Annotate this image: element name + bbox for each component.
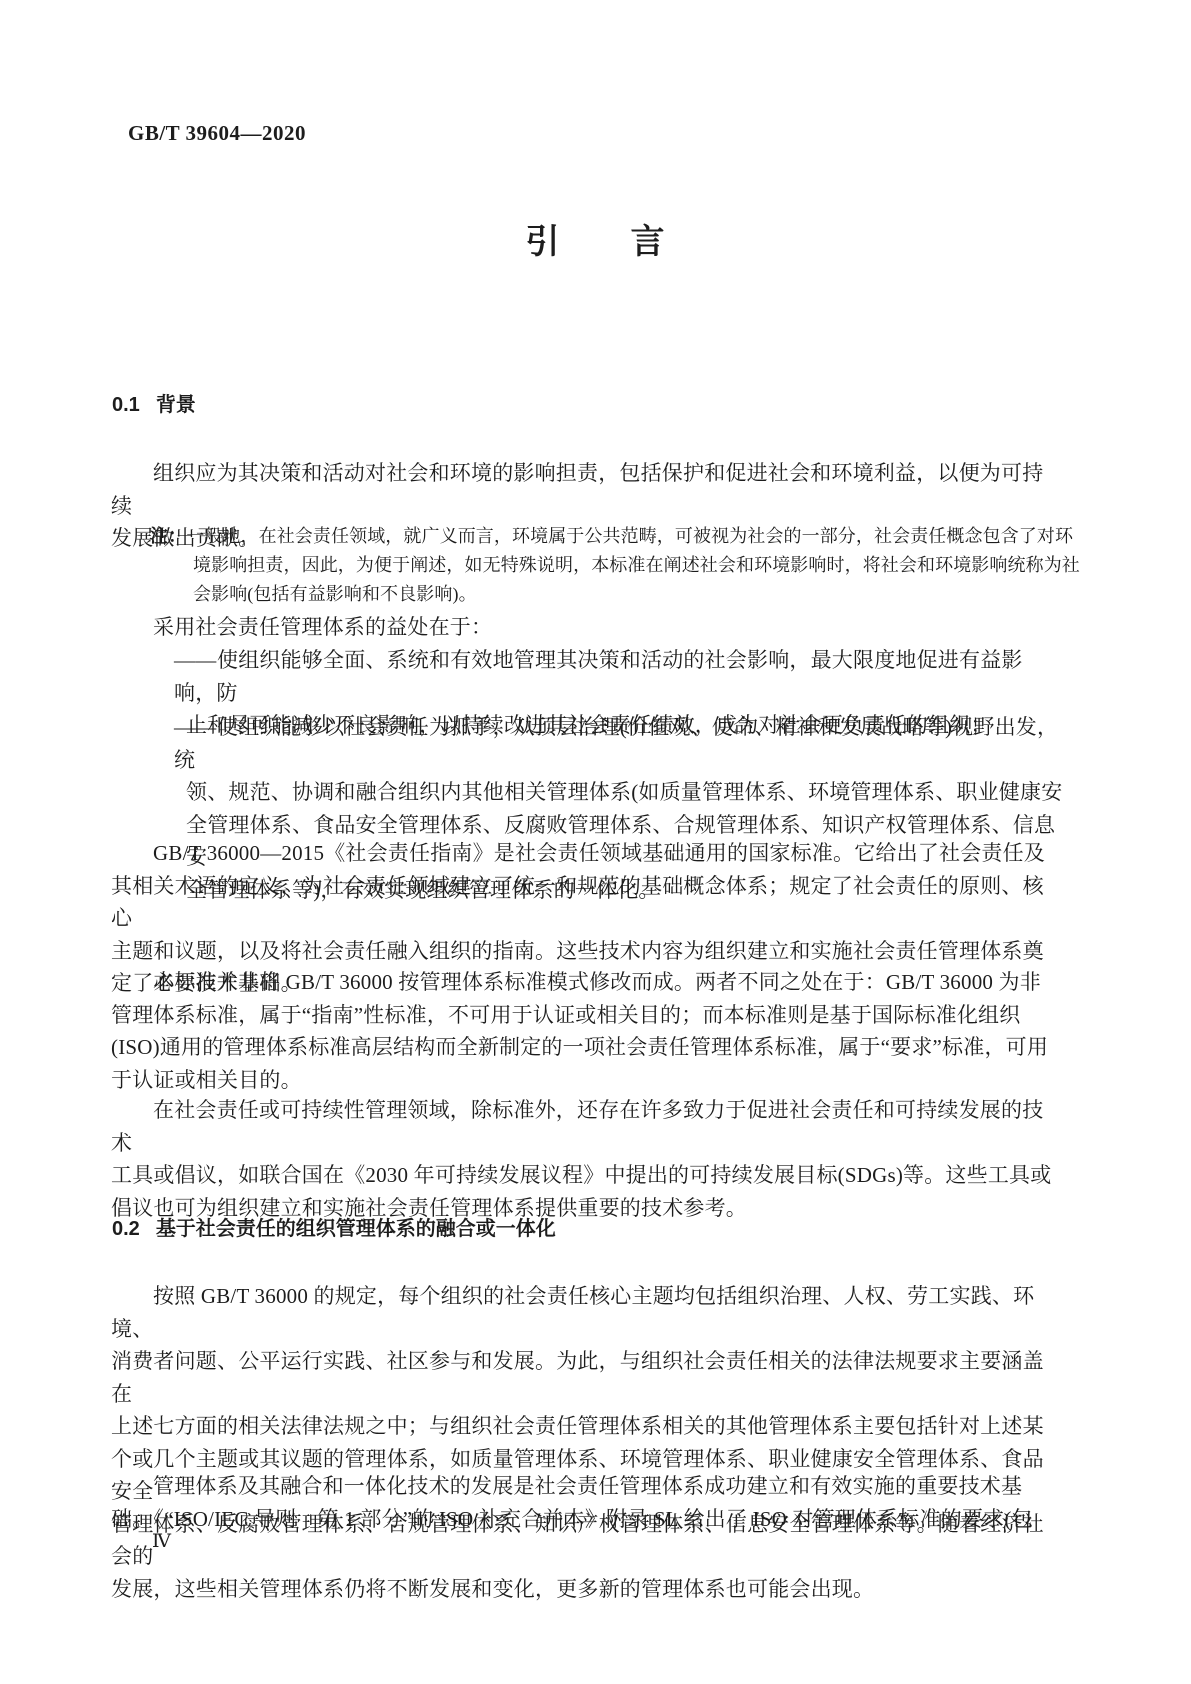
paragraph-line: 消费者问题、公平运行实践、社区参与和发展。为此，与组织社会责任相关的法律法规要求…	[111, 1345, 1063, 1410]
paragraph-line: 主题和议题，以及将社会责任融入组织的指南。这些技术内容为组织建立和实施社会责任管…	[111, 935, 1063, 968]
paragraph-line: (ISO)通用的管理体系标准高层结构而全新制定的一项社会责任管理体系标准，属于“…	[111, 1031, 1063, 1064]
heading-title: 背景	[156, 394, 196, 416]
list-line: ——使组织能够全面、系统和有效地管理其决策和活动的社会影响，最大限度地促进有益影…	[111, 644, 1063, 709]
heading-title: 基于社会责任的组织管理体系的融合或一体化	[156, 1218, 556, 1240]
paragraph-line: 本标准并非将 GB/T 36000 按管理体系标准模式修改而成。两者不同之处在于…	[111, 966, 1063, 999]
paragraph: 在社会责任或可持续性管理领域，除标准外，还存在许多致力于促进社会责任和可持续发展…	[111, 1094, 1063, 1224]
paragraph-line: 于认证或相关目的。	[111, 1064, 1063, 1097]
note-label: 注：	[150, 526, 186, 546]
paragraph: 管理体系及其融合和一体化技术的发展是社会责任管理体系成功建立和有效实施的重要技术…	[111, 1470, 1063, 1535]
list-text: 使组织能够全面、系统和有效地管理其决策和活动的社会影响，最大限度地促进有益影响，…	[174, 648, 1023, 705]
paragraph-line: GB/T 36000—2015《社会责任指南》是社会责任领域基础通用的国家标准。…	[111, 837, 1063, 870]
section-0-2-heading: 0.2基于社会责任的组织管理体系的融合或一体化	[112, 1216, 556, 1242]
heading-number: 0.2	[112, 1218, 140, 1240]
note-line: 会影响(包括有益影响和不良影响)。	[150, 580, 1080, 609]
list-text: 使组织能够以社会责任为抓手，从顶层治理(价值观、使命、精神和发展战略等)视野出发…	[174, 715, 1058, 772]
list-line: 领、规范、协调和融合组织内其他相关管理体系(如质量管理体系、环境管理体系、职业健…	[111, 776, 1063, 809]
document-page: GB/T 39604—2020 引 言 0.1背景 组织应为其决策和活动对社会和…	[0, 0, 1191, 1684]
paragraph: 本标准并非将 GB/T 36000 按管理体系标准模式修改而成。两者不同之处在于…	[111, 966, 1063, 1096]
heading-number: 0.1	[112, 394, 140, 416]
paragraph-line: 发展，这些相关管理体系仍将不断发展和变化，更多新的管理体系也可能会出现。	[111, 1573, 1063, 1606]
note: 注：一般地，在社会责任领域，就广义而言，环境属于公共范畴，可被视为社会的一部分，…	[150, 522, 1080, 609]
paragraph-line: 其相关术语的定义，为社会责任领域建立了统一和规范的基础概念体系；规定了社会责任的…	[111, 870, 1063, 935]
paragraph-line: 采用社会责任管理体系的益处在于：	[111, 611, 1063, 644]
page-title: 引 言	[0, 220, 1191, 264]
paragraph-line: 组织应为其决策和活动对社会和环境的影响担责，包括保护和促进社会和环境利益，以便为…	[111, 457, 1063, 522]
doc-number: GB/T 39604—2020	[128, 120, 306, 146]
page-number: Ⅳ	[152, 1530, 171, 1554]
paragraph-line: 管理体系及其融合和一体化技术的发展是社会责任管理体系成功建立和有效实施的重要技术…	[111, 1470, 1063, 1503]
section-0-1-heading: 0.1背景	[112, 392, 196, 418]
note-text: 一般地，在社会责任领域，就广义而言，环境属于公共范畴，可被视为社会的一部分，社会…	[186, 526, 1073, 546]
paragraph-line: 管理体系标准，属于“指南”性标准，不可用于认证或相关目的；而本标准则是基于国际标…	[111, 999, 1063, 1032]
list-dash: ——	[174, 644, 217, 677]
paragraph-line: 按照 GB/T 36000 的规定，每个组织的社会责任核心主题均包括组织治理、人…	[111, 1280, 1063, 1345]
note-line: 注：一般地，在社会责任领域，就广义而言，环境属于公共范畴，可被视为社会的一部分，…	[150, 522, 1080, 551]
benefits-lead: 采用社会责任管理体系的益处在于：	[111, 611, 1063, 644]
paragraph-line: 工具或倡议，如联合国在《2030 年可持续发展议程》中提出的可持续发展目标(SD…	[111, 1159, 1063, 1192]
paragraph-line: 上述七方面的相关法律法规之中；与组织社会责任管理体系相关的其他管理体系主要包括针…	[111, 1410, 1063, 1443]
note-line: 境影响担责，因此，为便于阐述，如无特殊说明，本标准在阐述社会和环境影响时，将社会…	[150, 551, 1080, 580]
list-dash: ——	[174, 711, 217, 744]
paragraph-line: 础。《“ISO/IEC 导则 第 1 部分”的 ISO 补充合并本》附录 SL …	[111, 1503, 1063, 1536]
paragraph-line: 在社会责任或可持续性管理领域，除标准外，还存在许多致力于促进社会责任和可持续发展…	[111, 1094, 1063, 1159]
paragraph: 按照 GB/T 36000 的规定，每个组织的社会责任核心主题均包括组织治理、人…	[111, 1280, 1063, 1605]
list-line: ——使组织能够以社会责任为抓手，从顶层治理(价值观、使命、精神和发展战略等)视野…	[111, 711, 1063, 776]
